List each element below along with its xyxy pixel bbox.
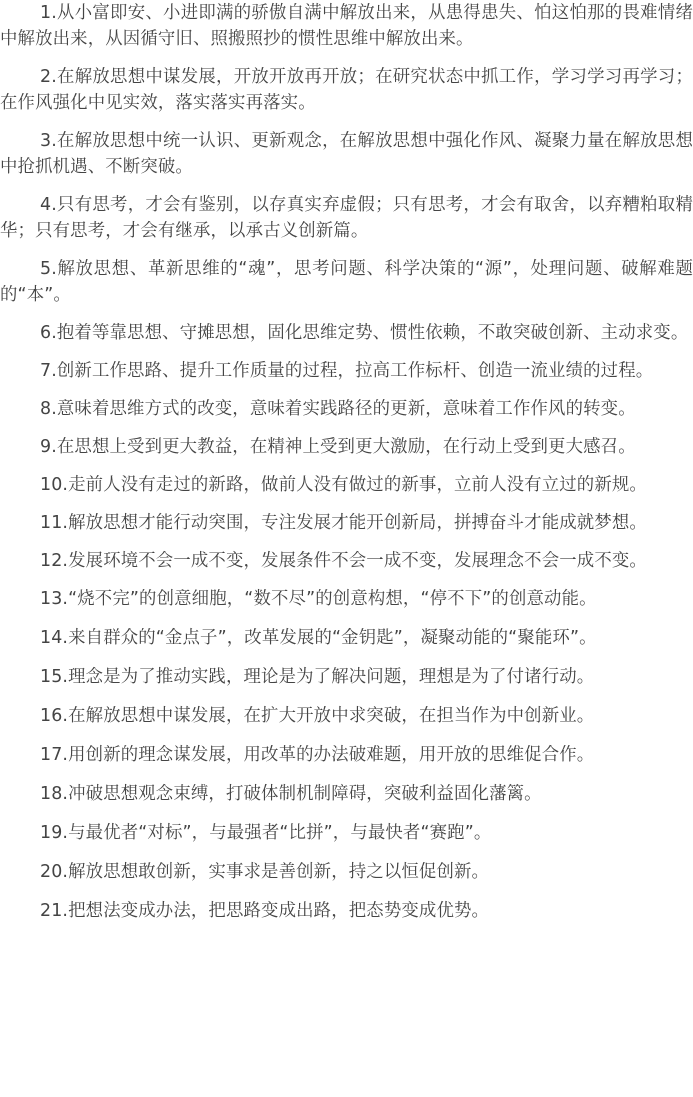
paragraph-10: 10.走前人没有走过的新路，做前人没有做过的新事，立前人没有立过的新规。 xyxy=(0,472,693,498)
paragraph-15: 15.理念是为了推动实践，理论是为了解决问题，理想是为了付诸行动。 xyxy=(0,664,693,690)
paragraph-8: 8.意味着思维方式的改变，意味着实践路径的更新，意味着工作作风的转变。 xyxy=(0,396,693,422)
paragraph-20: 20.解放思想敢创新，实事求是善创新，持之以恒促创新。 xyxy=(0,859,693,885)
paragraph-13: 13.“烧不完”的创意细胞，“数不尽”的创意构想，“停不下”的创意动能。 xyxy=(0,586,693,612)
paragraph-7: 7.创新工作思路、提升工作质量的过程，拉高工作标杆、创造一流业绩的过程。 xyxy=(0,358,693,384)
paragraph-18: 18.冲破思想观念束缚，打破体制机制障碍，突破利益固化藩篱。 xyxy=(0,781,693,807)
paragraph-19: 19.与最优者“对标”，与最强者“比拼”，与最快者“赛跑”。 xyxy=(0,820,693,846)
paragraph-16: 16.在解放思想中谋发展，在扩大开放中求突破，在担当作为中创新业。 xyxy=(0,703,693,729)
paragraph-17: 17.用创新的理念谋发展，用改革的办法破难题，用开放的思维促合作。 xyxy=(0,742,693,768)
paragraph-1: 1.从小富即安、小进即满的骄傲自满中解放出来，从患得患失、怕这怕那的畏难情绪中解… xyxy=(0,0,693,52)
paragraph-21: 21.把想法变成办法，把思路变成出路，把态势变成优势。 xyxy=(0,898,693,924)
paragraph-11: 11.解放思想才能行动突围，专注发展才能开创新局，拼搏奋斗才能成就梦想。 xyxy=(0,510,693,536)
paragraph-5: 5.解放思想、革新思维的“魂”，思考问题、科学决策的“源”，处理问题、破解难题的… xyxy=(0,256,693,308)
document-body: 1.从小富即安、小进即满的骄傲自满中解放出来，从患得患失、怕这怕那的畏难情绪中解… xyxy=(0,0,693,937)
paragraph-6: 6.抱着等靠思想、守摊思想，固化思维定势、惯性依赖，不敢突破创新、主动求变。 xyxy=(0,320,693,346)
paragraph-9: 9.在思想上受到更大教益，在精神上受到更大激励，在行动上受到更大感召。 xyxy=(0,434,693,460)
paragraph-2: 2.在解放思想中谋发展，开放开放再开放；在研究状态中抓工作，学习学习再学习；在作… xyxy=(0,64,693,116)
paragraph-12: 12.发展环境不会一成不变，发展条件不会一成不变，发展理念不会一成不变。 xyxy=(0,548,693,574)
paragraph-3: 3.在解放思想中统一认识、更新观念，在解放思想中强化作风、凝聚力量在解放思想中抢… xyxy=(0,128,693,180)
paragraph-4: 4.只有思考，才会有鉴别，以存真实弃虚假；只有思考，才会有取舍，以弃糟粕取精华；… xyxy=(0,192,693,244)
paragraph-14: 14.来自群众的“金点子”，改革发展的“金钥匙”，凝聚动能的“聚能环”。 xyxy=(0,625,693,651)
